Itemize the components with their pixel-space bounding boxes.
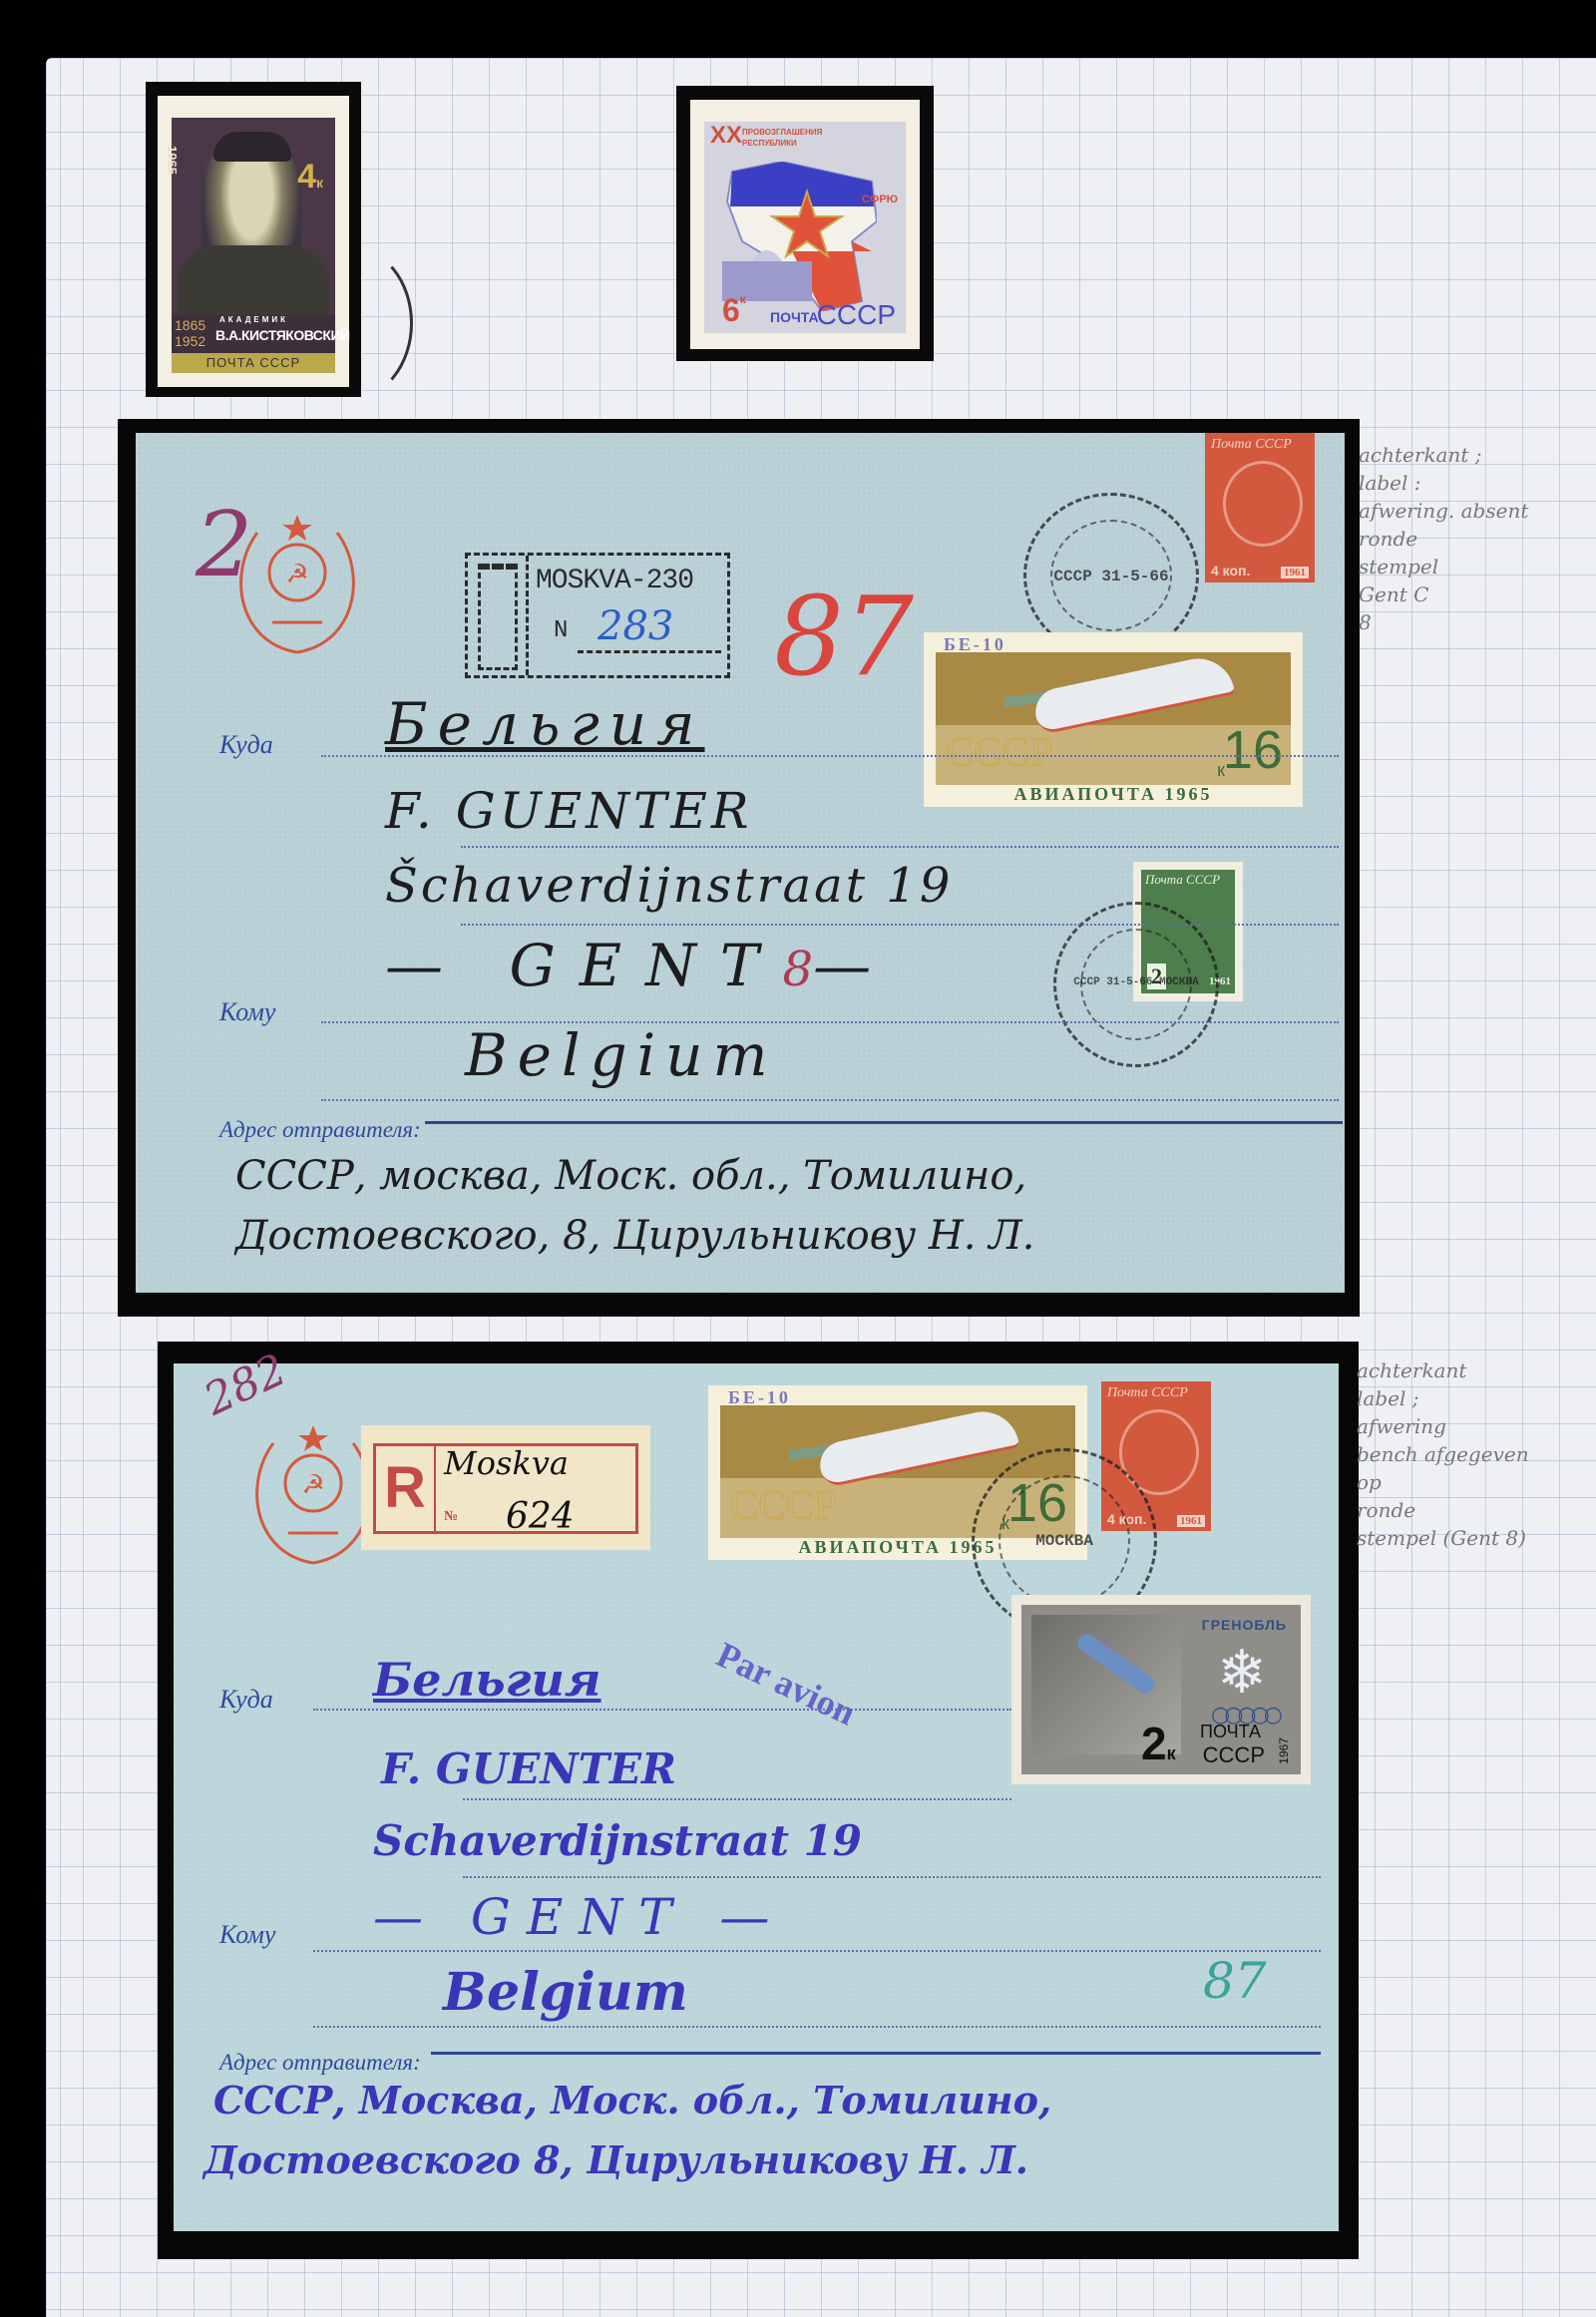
pencil-mark: 282 (197, 1345, 294, 1426)
cover-1[interactable]: ☭ 2 MOSKVA-230 N 283 87 Почта СССР 4 коп… (136, 433, 1345, 1293)
airmail-country: СССР (946, 729, 1052, 777)
address-line (313, 1950, 1321, 1952)
stamp-year: 1965 (165, 146, 180, 175)
address-line (463, 1798, 1011, 1800)
airmail-footer: АВИАПОЧТА 1965 (938, 784, 1289, 805)
svg-text:☭: ☭ (301, 1470, 324, 1500)
address-street: Šchaverdijnstraat 19 (385, 858, 953, 914)
airmail-stamp[interactable]: БЕ-10 СССР к 16 АВИАПОЧТА 1965 (924, 632, 1303, 807)
sender-rule (425, 1121, 1343, 1124)
olympic-city: ГРЕНОБЛЬ (1202, 1617, 1287, 1633)
stamp-value: 6к (722, 292, 746, 329)
registration-number: 283 (598, 603, 673, 649)
label-kuda: Куда (219, 1685, 273, 1715)
stamp-emblem-text: СФРЮ (862, 193, 898, 205)
address-country: Belgium (465, 1021, 778, 1089)
stamp-value: 4к (297, 158, 323, 196)
address-name: F. GUENTER (385, 782, 753, 840)
cachet-letter-box (478, 564, 518, 670)
red-crayon-mark: 87 (774, 573, 914, 700)
pencil-mark: 2 (196, 493, 252, 597)
svg-text:☭: ☭ (285, 560, 308, 589)
registration-letter: R (384, 1454, 426, 1521)
postmark-fragment (287, 245, 413, 401)
label-divider (434, 1446, 436, 1531)
address-line (461, 924, 1339, 926)
airmail-value: 16 (1223, 719, 1283, 781)
imprint-arms (1223, 461, 1303, 547)
olympic-year: 1967 (1277, 1738, 1291, 1764)
address-street: Schaverdijnstraat 19 (373, 1816, 862, 1865)
green-pencil-mark: 87 (1203, 1952, 1267, 2010)
sender-line-2: Достоевского, 8, Цирульникову Н. Л. (235, 1213, 1034, 1259)
green-header: Почта СССР (1145, 872, 1231, 888)
cover-mount-2: ☭ 282 R Moskva № 624 БЕ-10 СССР к 16 АВИ… (158, 1342, 1359, 2259)
registration-number: 624 (506, 1496, 575, 1537)
stamp-subtitle: АКАДЕМИК (219, 315, 288, 324)
address-country-ru: Бельгия (373, 1653, 601, 1707)
sender-rule (431, 2052, 1321, 2055)
registration-label: R Moskva № 624 (361, 1425, 650, 1550)
life-dates: 18651952 (175, 317, 205, 349)
sender-line-1: СССР, Москва, Моск. обл., Томилино, (213, 2078, 1051, 2123)
stamp-mount-kistiakovsky: 1965 4к 18651952 АКАДЕМИК В.А.КИСТЯКОВСК… (146, 82, 361, 397)
cachet-divider (526, 556, 529, 675)
imprint-header: Почта СССР (1211, 437, 1309, 453)
imprint-value: 4 коп. (1211, 563, 1250, 579)
imprint-year: 1961 (1281, 567, 1309, 579)
stamp-numeral: XX (710, 122, 742, 150)
label-sender: Адрес отправителя: (219, 1117, 421, 1143)
imprinted-stamp: Почта СССР 4 коп. 1961 (1205, 433, 1315, 582)
flag-map-icon (722, 162, 877, 311)
label-kuda: Куда (219, 730, 273, 760)
portrait-cap (213, 132, 291, 162)
stamp-country: СССР (817, 299, 896, 331)
address-line (461, 846, 1339, 848)
address-city: — GENT — (373, 1888, 785, 1946)
olympic-country: СССР (1203, 1742, 1265, 1768)
cover-2[interactable]: ☭ 282 R Moskva № 624 БЕ-10 СССР к 16 АВИ… (174, 1363, 1339, 2231)
cachet-office: MOSKVA-230 (536, 566, 693, 596)
margin-note-cover-2: achterkant label ; afwering bench afgege… (1357, 1356, 1556, 1552)
airmail-model: БЕ-10 (728, 1387, 791, 1408)
cover-mount-1: ☭ 2 MOSKVA-230 N 283 87 Почта СССР 4 коп… (118, 419, 1360, 1317)
postmark-2: СССР 31-5-66 МОСКВА (1053, 902, 1219, 1067)
album-margin-rule (60, 58, 61, 2317)
label-komu: Кому (219, 997, 275, 1027)
address-name: F. GUENTER (381, 1744, 676, 1793)
stamp-heading: ПРОВОЗГЛАШЕНИЯРЕСПУБЛИКИ (742, 127, 822, 149)
stamp-kistiakovsky[interactable]: 1965 4к 18651952 АКАДЕМИК В.А.КИСТЯКОВСК… (158, 96, 349, 387)
address-line (313, 1709, 1011, 1711)
registration-office: Moskva (444, 1444, 569, 1482)
grenoble-olympic-stamp[interactable]: ГРЕНОБЛЬ ❄ ○○○○○ 2к ПОЧТА СССР 1967 (1011, 1595, 1311, 1784)
airmail-country: СССР (730, 1482, 837, 1530)
registration-number-prefix: № (444, 1509, 458, 1525)
address-country: Belgium (443, 1962, 688, 2023)
olympic-value: 2к (1141, 1717, 1176, 1770)
sender-line-2: Достоевского 8, Цирульникову Н. Л. (203, 2137, 1028, 2182)
registration-cachet: MOSKVA-230 N 283 (465, 553, 730, 678)
margin-note-cover-1: achterkant ; label : afwering. absent ro… (1359, 441, 1538, 636)
imprint-header: Почта СССР (1107, 1385, 1205, 1401)
skater-icon (1074, 1631, 1158, 1697)
sender-line-1: СССР, москва, Моск. обл., Томилино, (235, 1153, 1026, 1199)
stamp-yugoslavia[interactable]: XX ПРОВОЗГЛАШЕНИЯРЕСПУБЛИКИ СФРЮ 6к ПОЧТ… (690, 100, 920, 349)
address-line (463, 1876, 1321, 1878)
snowflake-icon: ❄ (1217, 1643, 1267, 1703)
stamp-mount-yugoslavia: XX ПРОВОЗГЛАШЕНИЯРЕСПУБЛИКИ СФРЮ 6к ПОЧТ… (676, 86, 934, 361)
address-line (321, 1099, 1339, 1101)
stamp-design: XX ПРОВОЗГЛАШЕНИЯРЕСПУБЛИКИ СФРЮ 6к ПОЧТ… (704, 122, 906, 333)
label-sender: Адрес отправителя: (219, 2050, 421, 2076)
airmail-model: БЕ-10 (944, 634, 1006, 655)
cachet-number-prefix: N (554, 617, 568, 644)
cachet-line (578, 650, 721, 653)
address-country-ru: Бельгия (385, 690, 705, 758)
address-city: — GENT8— (385, 932, 895, 999)
address-line (313, 2026, 1321, 2028)
label-komu: Кому (219, 1920, 275, 1950)
olympic-post: ПОЧТА (1200, 1722, 1261, 1742)
imprint-year: 1961 (1177, 1515, 1205, 1527)
par-avion-cachet: Par avion (710, 1634, 862, 1735)
stamp-post-label: ПОЧТА (770, 309, 819, 325)
